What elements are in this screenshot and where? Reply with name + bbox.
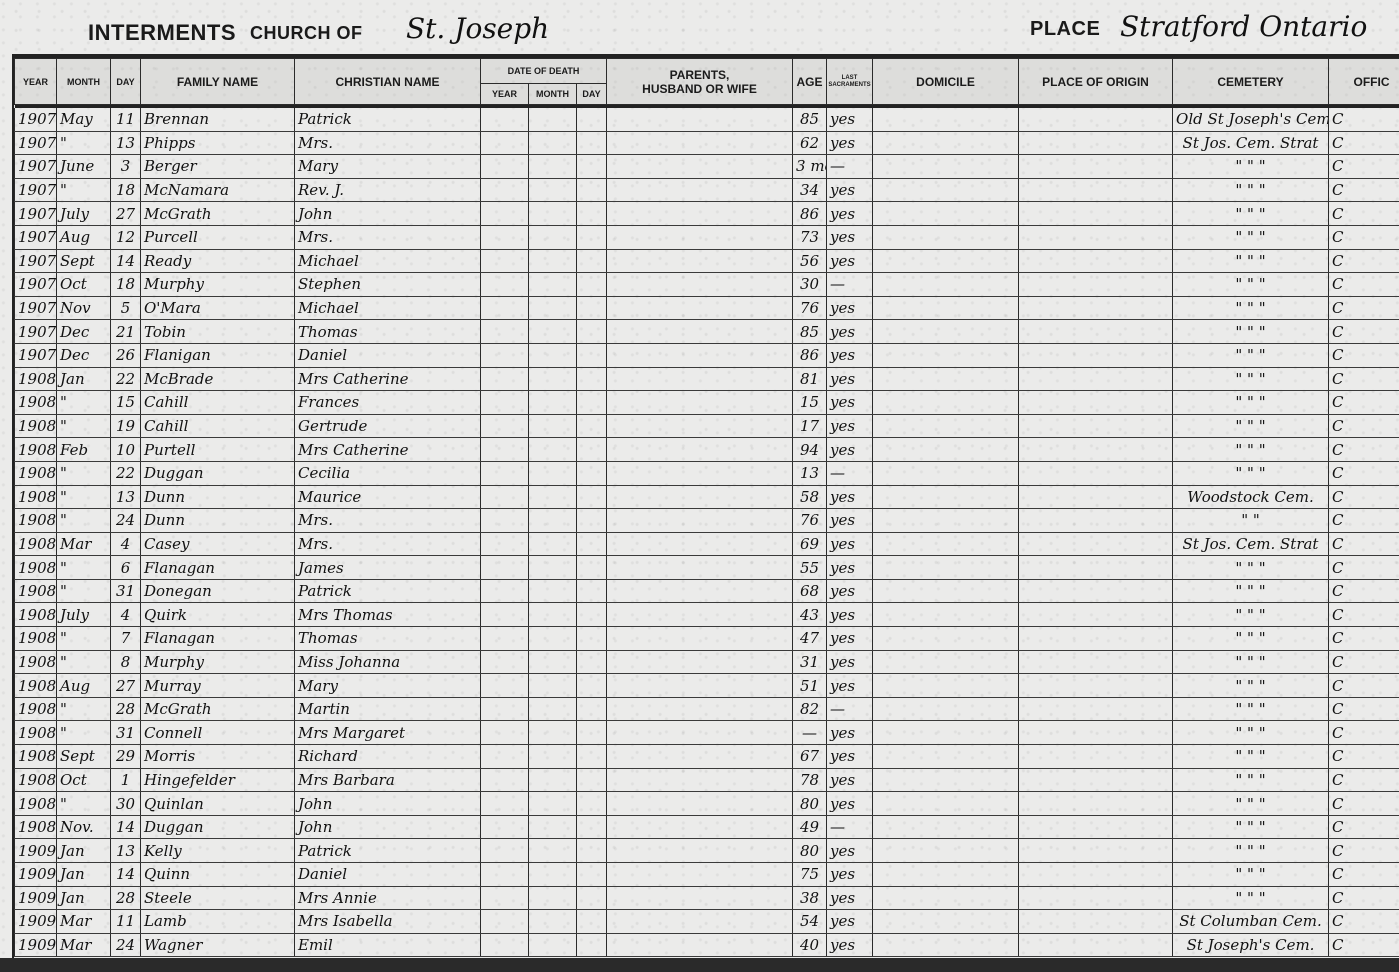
cell-month: July [57, 603, 111, 627]
interments-ledger: YEAR MONTH DAY FAMILY NAME CHRISTIAN NAM… [12, 54, 1399, 962]
cell-place-of-origin [1019, 178, 1173, 202]
col-day: DAY [111, 59, 141, 105]
col-family-name: FAMILY NAME [141, 59, 295, 105]
cell-dod-month [529, 367, 577, 391]
cell-dod-day [577, 839, 607, 863]
cell-christian-name: Richard [295, 745, 481, 769]
cell-place-of-origin [1019, 839, 1173, 863]
cell-officiant: C [1329, 886, 1399, 910]
table-row: 1909 Jan 14 Quinn Daniel 75 yes " " " C [15, 863, 1399, 887]
cell-dod-month [529, 391, 577, 415]
cell-place-of-origin [1019, 296, 1173, 320]
cell-place-of-origin [1019, 886, 1173, 910]
cell-last-sacraments: yes [827, 343, 873, 367]
cell-dod-year [481, 815, 529, 839]
cell-parents [607, 603, 793, 627]
cell-family-name: McGrath [141, 202, 295, 226]
cell-cemetery: " " " [1173, 603, 1329, 627]
cell-place-of-origin [1019, 697, 1173, 721]
cell-place-of-origin [1019, 391, 1173, 415]
cell-parents [607, 391, 793, 415]
cell-parents [607, 910, 793, 934]
cell-dod-day [577, 414, 607, 438]
cell-dod-year [481, 721, 529, 745]
cell-family-name: Dunn [141, 485, 295, 509]
cell-officiant: C [1329, 745, 1399, 769]
cell-year: 1907 [15, 155, 57, 179]
cell-age: 82 [793, 697, 827, 721]
cell-place-of-origin [1019, 108, 1173, 131]
cell-parents [607, 202, 793, 226]
cell-month: " [57, 579, 111, 603]
cell-domicile [873, 131, 1019, 155]
cell-dod-day [577, 320, 607, 344]
cell-dod-day [577, 627, 607, 651]
cell-officiant: C [1329, 603, 1399, 627]
table-row: 1908 " 13 Dunn Maurice 58 yes Woodstock … [15, 485, 1399, 509]
table-row: 1909 Jan 28 Steele Mrs Annie 38 yes " " … [15, 886, 1399, 910]
cell-dod-year [481, 485, 529, 509]
cell-age: 86 [793, 343, 827, 367]
cell-dod-year [481, 438, 529, 462]
table-row: 1909 Jan 13 Kelly Patrick 80 yes " " " C [15, 839, 1399, 863]
cell-day: 13 [111, 839, 141, 863]
cell-dod-month [529, 650, 577, 674]
cell-year: 1908 [15, 697, 57, 721]
cell-last-sacraments: yes [827, 886, 873, 910]
cell-parents [607, 721, 793, 745]
cell-age: 38 [793, 886, 827, 910]
cell-family-name: Duggan [141, 461, 295, 485]
cell-age: 55 [793, 556, 827, 580]
cell-parents [607, 273, 793, 297]
cell-parents [607, 108, 793, 131]
cell-christian-name: Emil [295, 933, 481, 957]
cell-domicile [873, 485, 1019, 509]
cell-age: 75 [793, 863, 827, 887]
cell-christian-name: John [295, 815, 481, 839]
cell-domicile [873, 579, 1019, 603]
cell-place-of-origin [1019, 745, 1173, 769]
cell-dod-day [577, 674, 607, 698]
cell-dod-month [529, 155, 577, 179]
col-domicile: DOMICILE [873, 59, 1019, 105]
church-name: St. Joseph [406, 12, 549, 45]
cell-family-name: Flanagan [141, 556, 295, 580]
table-row: 1908 Sept 29 Morris Richard 67 yes " " "… [15, 745, 1399, 769]
cell-christian-name: Daniel [295, 343, 481, 367]
cell-domicile [873, 108, 1019, 131]
cell-dod-month [529, 343, 577, 367]
cell-domicile [873, 532, 1019, 556]
cell-year: 1908 [15, 579, 57, 603]
cell-day: 4 [111, 532, 141, 556]
table-row: 1908 " 31 Connell Mrs Margaret — yes " "… [15, 721, 1399, 745]
cell-cemetery: " " " [1173, 863, 1329, 887]
cell-dod-day [577, 485, 607, 509]
cell-month: " [57, 627, 111, 651]
cell-officiant: C [1329, 485, 1399, 509]
cell-month: July [57, 202, 111, 226]
table-row: 1908 " 19 Cahill Gertrude 17 yes " " " C [15, 414, 1399, 438]
cell-day: 24 [111, 509, 141, 533]
cell-place-of-origin [1019, 249, 1173, 273]
table-row: 1907 June 3 Berger Mary 3 mos — " " " C [15, 155, 1399, 179]
cell-dod-day [577, 933, 607, 957]
cell-day: 6 [111, 556, 141, 580]
cell-cemetery: " " " [1173, 296, 1329, 320]
cell-dod-month [529, 273, 577, 297]
cell-domicile [873, 556, 1019, 580]
cell-christian-name: Thomas [295, 627, 481, 651]
cell-dod-year [481, 650, 529, 674]
cell-officiant: C [1329, 721, 1399, 745]
cell-dod-year [481, 155, 529, 179]
cell-last-sacraments: yes [827, 296, 873, 320]
cell-year: 1908 [15, 461, 57, 485]
cell-family-name: Flanigan [141, 343, 295, 367]
cell-month: " [57, 391, 111, 415]
col-place-of-origin: PLACE OF ORIGIN [1019, 59, 1173, 105]
cell-last-sacraments: yes [827, 863, 873, 887]
cell-age: 51 [793, 674, 827, 698]
cell-cemetery: " " [1173, 509, 1329, 533]
col-last-sacraments: LAST SACRAMENTS [827, 59, 873, 105]
cell-last-sacraments: — [827, 461, 873, 485]
cell-officiant: C [1329, 273, 1399, 297]
table-row: 1908 Jan 22 McBrade Mrs Catherine 81 yes… [15, 367, 1399, 391]
cell-place-of-origin [1019, 320, 1173, 344]
cell-dod-year [481, 933, 529, 957]
cell-month: " [57, 650, 111, 674]
cell-family-name: Murray [141, 674, 295, 698]
cell-officiant: C [1329, 933, 1399, 957]
cell-parents [607, 343, 793, 367]
cell-dod-year [481, 792, 529, 816]
table-row: 1909 Mar 24 Wagner Emil 40 yes St Joseph… [15, 933, 1399, 957]
cell-family-name: Flanagan [141, 627, 295, 651]
cell-month: Jan [57, 863, 111, 887]
cell-month: " [57, 721, 111, 745]
cell-family-name: Cahill [141, 414, 295, 438]
table-row: 1908 Nov. 14 Duggan John 49 — " " " C [15, 815, 1399, 839]
cell-place-of-origin [1019, 131, 1173, 155]
cell-year: 1908 [15, 414, 57, 438]
cell-year: 1907 [15, 131, 57, 155]
cell-last-sacraments: yes [827, 131, 873, 155]
cell-dod-year [481, 910, 529, 934]
cell-officiant: C [1329, 155, 1399, 179]
cell-christian-name: Maurice [295, 485, 481, 509]
cell-place-of-origin [1019, 721, 1173, 745]
cell-dod-month [529, 603, 577, 627]
cell-cemetery: " " " [1173, 367, 1329, 391]
cell-officiant: C [1329, 674, 1399, 698]
page-title: INTERMENTS [88, 20, 236, 46]
table-row: 1908 Aug 27 Murray Mary 51 yes " " " C [15, 674, 1399, 698]
cell-place-of-origin [1019, 768, 1173, 792]
cell-christian-name: Mrs. [295, 131, 481, 155]
cell-month: May [57, 108, 111, 131]
cell-dod-day [577, 108, 607, 131]
table-row: 1908 Oct 1 Hingefelder Mrs Barbara 78 ye… [15, 768, 1399, 792]
cell-day: 3 [111, 155, 141, 179]
table-row: 1907 Dec 26 Flanigan Daniel 86 yes " " "… [15, 343, 1399, 367]
cell-place-of-origin [1019, 438, 1173, 462]
place-name: Stratford Ontario [1120, 10, 1367, 43]
cell-year: 1907 [15, 249, 57, 273]
cell-cemetery: " " " [1173, 273, 1329, 297]
place-label: PLACE [1030, 18, 1100, 41]
cell-family-name: Quirk [141, 603, 295, 627]
cell-day: 22 [111, 461, 141, 485]
cell-dod-month [529, 674, 577, 698]
cell-month: Aug [57, 225, 111, 249]
cell-dod-month [529, 839, 577, 863]
cell-dod-month [529, 438, 577, 462]
table-row: 1908 " 28 McGrath Martin 82 — " " " C [15, 697, 1399, 721]
cell-parents [607, 933, 793, 957]
cell-last-sacraments: yes [827, 627, 873, 651]
cell-month: Oct [57, 768, 111, 792]
cell-last-sacraments: yes [827, 391, 873, 415]
cell-domicile [873, 910, 1019, 934]
cell-dod-day [577, 697, 607, 721]
cell-domicile [873, 745, 1019, 769]
cell-domicile [873, 697, 1019, 721]
cell-parents [607, 296, 793, 320]
cell-year: 1908 [15, 674, 57, 698]
cell-day: 22 [111, 367, 141, 391]
cell-year: 1907 [15, 108, 57, 131]
cell-month: " [57, 556, 111, 580]
cell-officiant: C [1329, 225, 1399, 249]
cell-dod-year [481, 886, 529, 910]
cell-month: Nov [57, 296, 111, 320]
table-row: 1908 Mar 4 Casey Mrs. 69 yes St Jos. Cem… [15, 532, 1399, 556]
cell-cemetery: " " " [1173, 745, 1329, 769]
cell-dod-month [529, 131, 577, 155]
cell-dod-year [481, 108, 529, 131]
cell-year: 1907 [15, 296, 57, 320]
cell-family-name: McNamara [141, 178, 295, 202]
cell-officiant: C [1329, 627, 1399, 651]
cell-month: Jan [57, 839, 111, 863]
cell-year: 1907 [15, 202, 57, 226]
cell-month: Dec [57, 343, 111, 367]
cell-domicile [873, 509, 1019, 533]
table-row: 1907 Dec 21 Tobin Thomas 85 yes " " " C [15, 320, 1399, 344]
table-row: 1908 July 4 Quirk Mrs Thomas 43 yes " " … [15, 603, 1399, 627]
cell-cemetery: " " " [1173, 697, 1329, 721]
cell-day: 31 [111, 579, 141, 603]
cell-place-of-origin [1019, 910, 1173, 934]
cell-year: 1907 [15, 225, 57, 249]
cell-last-sacraments: yes [827, 933, 873, 957]
table-row: 1907 Nov 5 O'Mara Michael 76 yes " " " C [15, 296, 1399, 320]
cell-christian-name: John [295, 792, 481, 816]
col-christian-name: CHRISTIAN NAME [295, 59, 481, 105]
cell-officiant: C [1329, 839, 1399, 863]
cell-age: 47 [793, 627, 827, 651]
cell-domicile [873, 438, 1019, 462]
cell-month: " [57, 414, 111, 438]
cell-month: Mar [57, 532, 111, 556]
cell-cemetery: St Jos. Cem. Strat [1173, 532, 1329, 556]
cell-month: Mar [57, 933, 111, 957]
cell-last-sacraments: yes [827, 603, 873, 627]
cell-christian-name: Patrick [295, 839, 481, 863]
cell-year: 1908 [15, 509, 57, 533]
cell-dod-month [529, 721, 577, 745]
cell-age: 86 [793, 202, 827, 226]
cell-dod-month [529, 225, 577, 249]
cell-dod-year [481, 768, 529, 792]
cell-last-sacraments: yes [827, 721, 873, 745]
table-row: 1907 " 18 McNamara Rev. J. 34 yes " " " … [15, 178, 1399, 202]
cell-month: Nov. [57, 815, 111, 839]
cell-parents [607, 697, 793, 721]
cell-year: 1907 [15, 320, 57, 344]
cell-officiant: C [1329, 343, 1399, 367]
cell-dod-day [577, 178, 607, 202]
cell-christian-name: John [295, 202, 481, 226]
cell-dod-day [577, 886, 607, 910]
cell-last-sacraments: yes [827, 178, 873, 202]
cell-dod-month [529, 485, 577, 509]
cell-dod-day [577, 155, 607, 179]
cell-last-sacraments: yes [827, 792, 873, 816]
cell-age: 80 [793, 792, 827, 816]
cell-officiant: C [1329, 202, 1399, 226]
cell-year: 1909 [15, 933, 57, 957]
cell-dod-day [577, 461, 607, 485]
cell-domicile [873, 202, 1019, 226]
cell-domicile [873, 461, 1019, 485]
cell-month: " [57, 792, 111, 816]
cell-officiant: C [1329, 650, 1399, 674]
cell-cemetery: " " " [1173, 414, 1329, 438]
cell-parents [607, 178, 793, 202]
cell-domicile [873, 367, 1019, 391]
cell-dod-month [529, 202, 577, 226]
page-header: INTERMENTS CHURCH OF St. Joseph PLACE St… [88, 10, 1388, 50]
scan-edge [0, 958, 1399, 972]
cell-age: 67 [793, 745, 827, 769]
cell-parents [607, 249, 793, 273]
cell-dod-year [481, 296, 529, 320]
cell-year: 1908 [15, 745, 57, 769]
cell-day: 11 [111, 108, 141, 131]
cell-year: 1907 [15, 273, 57, 297]
cell-dod-year [481, 674, 529, 698]
cell-parents [607, 532, 793, 556]
cell-cemetery: " " " [1173, 391, 1329, 415]
cell-family-name: Lamb [141, 910, 295, 934]
cell-cemetery: Old St Joseph's Cemetery Strat [1173, 108, 1329, 131]
cell-age: 80 [793, 839, 827, 863]
cell-year: 1908 [15, 532, 57, 556]
cell-dod-year [481, 391, 529, 415]
cell-last-sacraments: yes [827, 532, 873, 556]
cell-cemetery: " " " [1173, 768, 1329, 792]
cell-officiant: C [1329, 532, 1399, 556]
cell-day: 7 [111, 627, 141, 651]
cell-domicile [873, 249, 1019, 273]
cell-age: 15 [793, 391, 827, 415]
cell-family-name: Casey [141, 532, 295, 556]
cell-dod-year [481, 627, 529, 651]
table-row: 1907 Sept 14 Ready Michael 56 yes " " " … [15, 249, 1399, 273]
cell-domicile [873, 391, 1019, 415]
cell-cemetery: " " " [1173, 674, 1329, 698]
cell-christian-name: Patrick [295, 579, 481, 603]
cell-cemetery: St Joseph's Cem. [1173, 933, 1329, 957]
cell-place-of-origin [1019, 202, 1173, 226]
cell-dod-month [529, 461, 577, 485]
cell-officiant: C [1329, 792, 1399, 816]
cell-age: 69 [793, 532, 827, 556]
cell-christian-name: Cecilia [295, 461, 481, 485]
cell-domicile [873, 603, 1019, 627]
cell-age: 73 [793, 225, 827, 249]
cell-year: 1909 [15, 886, 57, 910]
cell-day: 21 [111, 320, 141, 344]
cell-month: Sept [57, 745, 111, 769]
cell-cemetery: " " " [1173, 438, 1329, 462]
cell-dod-year [481, 556, 529, 580]
cell-christian-name: Michael [295, 249, 481, 273]
cell-dod-month [529, 509, 577, 533]
cell-place-of-origin [1019, 367, 1173, 391]
cell-last-sacraments: yes [827, 320, 873, 344]
cell-last-sacraments: yes [827, 839, 873, 863]
register-rows: 1907 May 11 Brennan Patrick 85 yes Old S… [15, 108, 1399, 957]
cell-year: 1907 [15, 178, 57, 202]
cell-officiant: C [1329, 320, 1399, 344]
cell-dod-year [481, 225, 529, 249]
cell-family-name: Wagner [141, 933, 295, 957]
cell-dod-day [577, 225, 607, 249]
table-row: 1908 " 15 Cahill Frances 15 yes " " " C [15, 391, 1399, 415]
cell-year: 1908 [15, 367, 57, 391]
cell-day: 11 [111, 910, 141, 934]
cell-age: 54 [793, 910, 827, 934]
cell-christian-name: Mrs Isabella [295, 910, 481, 934]
cell-age: 76 [793, 509, 827, 533]
cell-last-sacraments: yes [827, 556, 873, 580]
cell-family-name: Quinn [141, 863, 295, 887]
cell-year: 1908 [15, 792, 57, 816]
cell-day: 14 [111, 249, 141, 273]
cell-day: 18 [111, 273, 141, 297]
cell-dod-year [481, 367, 529, 391]
cell-family-name: Dunn [141, 509, 295, 533]
cell-christian-name: Mary [295, 155, 481, 179]
cell-domicile [873, 768, 1019, 792]
cell-christian-name: Mrs Annie [295, 886, 481, 910]
col-officiant: OFFIC [1329, 59, 1399, 105]
cell-day: 24 [111, 933, 141, 957]
cell-christian-name: Mrs. [295, 532, 481, 556]
cell-parents [607, 225, 793, 249]
cell-dod-month [529, 886, 577, 910]
cell-dod-day [577, 721, 607, 745]
col-sac-line2: SACRAMENTS [827, 82, 872, 89]
cell-family-name: Steele [141, 886, 295, 910]
table-row: 1907 May 11 Brennan Patrick 85 yes Old S… [15, 108, 1399, 131]
cell-age: 31 [793, 650, 827, 674]
